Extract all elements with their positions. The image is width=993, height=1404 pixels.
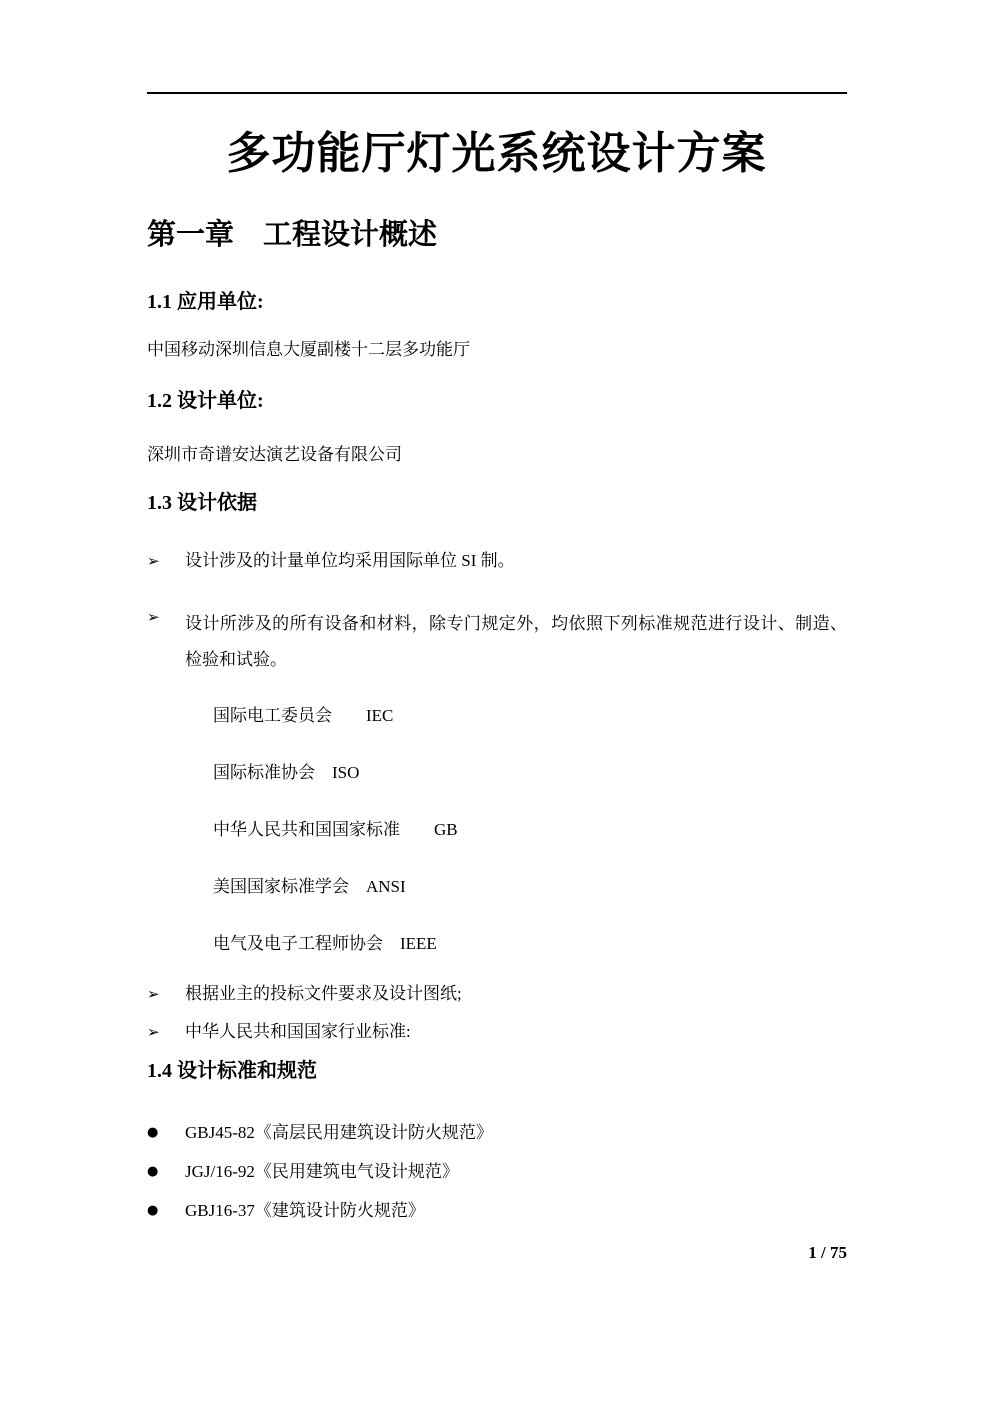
list-item: 电气及电子工程师协会 IEEE [213, 930, 813, 987]
list-item: ➢ 根据业主的投标文件要求及设计图纸; [147, 983, 847, 1021]
arrow-bullet-icon: ➢ [147, 983, 185, 1005]
list-item: 中华人民共和国国家标准 GB [213, 816, 813, 873]
dot-bullet-icon: ● [147, 1199, 185, 1222]
section-1-4-heading: 1.4 设计标准和规范 [147, 1059, 317, 1083]
standards-bodies-list: 国际电工委员会 IEC 国际标准协会 ISO 中华人民共和国国家标准 GB 美国… [213, 702, 813, 987]
list-item: ➢ 设计涉及的计量单位均采用国际单位 SI 制。 [147, 549, 847, 573]
list-item-text: 根据业主的投标文件要求及设计图纸; [185, 983, 462, 1005]
list-item: 国际电工委员会 IEC [213, 702, 813, 759]
list-item: ● JGJ/16-92《民用建筑电气设计规范》 [147, 1160, 847, 1199]
arrow-bullet-icon: ➢ [147, 549, 185, 573]
list-item-text: 设计涉及的计量单位均采用国际单位 SI 制。 [185, 549, 847, 573]
standards-list: ● GBJ45-82《高层民用建筑设计防火规范》 ● JGJ/16-92《民用建… [147, 1121, 847, 1238]
document-page: 多功能厅灯光系统设计方案 第一章 工程设计概述 1.1 应用单位: 中国移动深圳… [0, 0, 993, 1404]
header-rule [147, 92, 847, 94]
document-title: 多功能厅灯光系统设计方案 [0, 126, 993, 181]
section-1-1-body: 中国移动深圳信息大厦副楼十二层多功能厅 [147, 339, 470, 361]
list-item-text: JGJ/16-92《民用建筑电气设计规范》 [185, 1160, 459, 1183]
section-1-2-heading: 1.2 设计单位: [147, 389, 264, 413]
list-item: ● GBJ16-37《建筑设计防火规范》 [147, 1199, 847, 1238]
dot-bullet-icon: ● [147, 1160, 185, 1183]
list-item: 国际标准协会 ISO [213, 759, 813, 816]
dot-bullet-icon: ● [147, 1121, 185, 1144]
list-item: ➢ 中华人民共和国国家行业标准: [147, 1021, 847, 1059]
list-item: ➢ 设计所涉及的所有设备和材料，除专门规定外，均依照下列标准规范进行设计、制造、… [147, 606, 847, 678]
arrow-bullet-icon: ➢ [147, 1021, 185, 1043]
list-item: ● GBJ45-82《高层民用建筑设计防火规范》 [147, 1121, 847, 1160]
list-item-text: GBJ45-82《高层民用建筑设计防火规范》 [185, 1121, 493, 1144]
section-1-1-heading: 1.1 应用单位: [147, 290, 264, 314]
section-1-2-body: 深圳市奇谱安达演艺设备有限公司 [147, 444, 402, 466]
design-basis-extra-list: ➢ 根据业主的投标文件要求及设计图纸; ➢ 中华人民共和国国家行业标准: [147, 983, 847, 1059]
chapter-heading: 第一章 工程设计概述 [147, 218, 437, 253]
list-item: 美国国家标准学会 ANSI [213, 873, 813, 930]
list-item-text: 设计所涉及的所有设备和材料，除专门规定外，均依照下列标准规范进行设计、制造、检验… [185, 606, 847, 678]
list-item-text: 中华人民共和国国家行业标准: [185, 1021, 411, 1043]
arrow-bullet-icon: ➢ [147, 606, 185, 628]
section-1-3-heading: 1.3 设计依据 [147, 491, 257, 515]
page-number: 1 / 75 [147, 1243, 847, 1263]
list-item-text: GBJ16-37《建筑设计防火规范》 [185, 1199, 425, 1222]
